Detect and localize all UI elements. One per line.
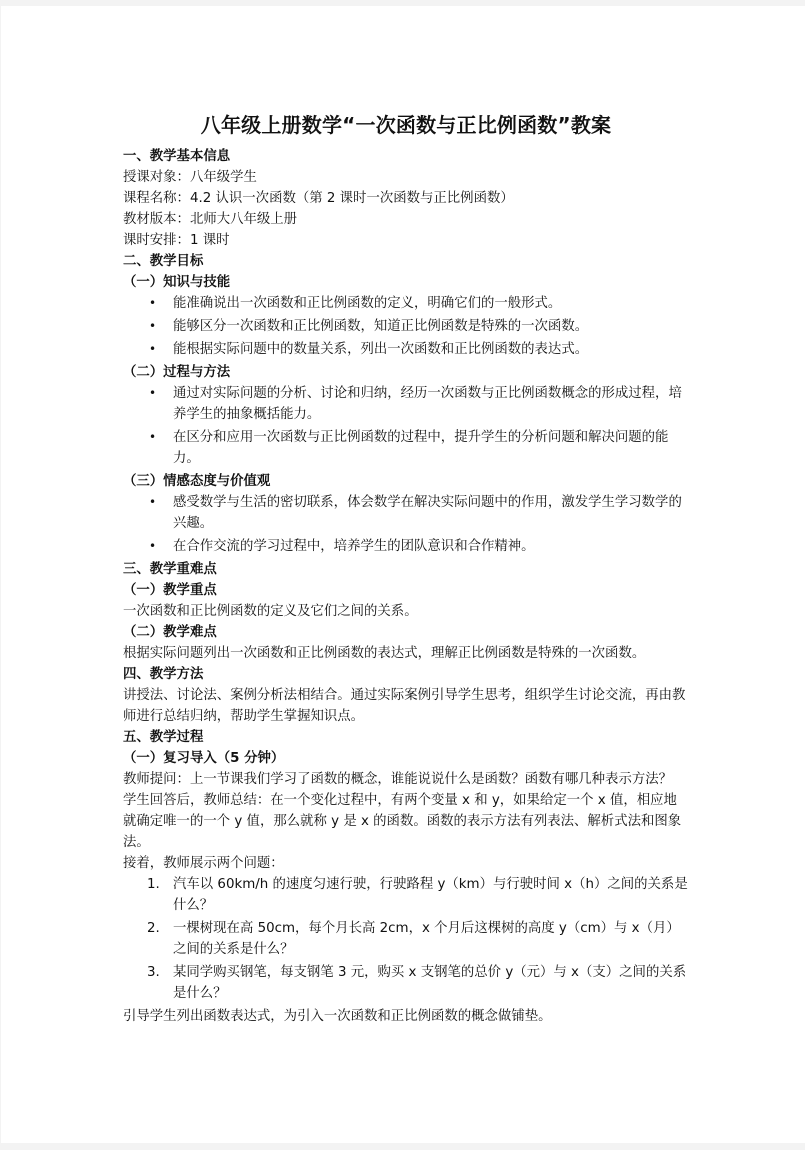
info-line-course: 课程名称：4.2 认识一次函数（第 2 课时一次函数与正比例函数） xyxy=(123,188,689,209)
list-item: •通过对实际问题的分析、讨论和归纳，经历一次函数与正比例函数概念的形成过程，培养… xyxy=(123,383,689,425)
list-number: 2. xyxy=(147,918,160,939)
focus-text: 一次函数和正比例函数的定义及它们之间的关系。 xyxy=(123,601,689,622)
bullet-icon: • xyxy=(149,383,156,404)
list-item: 2.一棵树现在高 50cm，每个月长高 2cm，x 个月后这棵树的高度 y（cm… xyxy=(123,918,689,960)
bullet-icon: • xyxy=(149,293,156,314)
list-item-text: 能准确说出一次函数和正比例函数的定义，明确它们的一般形式。 xyxy=(173,296,561,311)
document-content: 八年级上册数学“一次函数与正比例函数”教案 一、教学基本信息 授课对象：八年级学… xyxy=(123,110,689,1027)
subheading-review: （一）复习导入（5 分钟） xyxy=(123,748,689,769)
list-item: •在区分和应用一次函数与正比例函数的过程中，提升学生的分析问题和解决问题的能力。 xyxy=(123,427,689,469)
info-line-textbook: 教材版本：北师大八年级上册 xyxy=(123,209,689,230)
list-item: •能够区分一次函数和正比例函数，知道正比例函数是特殊的一次函数。 xyxy=(123,316,689,337)
document-page: 八年级上册数学“一次函数与正比例函数”教案 一、教学基本信息 授课对象：八年级学… xyxy=(1,6,805,1143)
list-item: 1.汽车以 60km/h 的速度匀速行驶，行驶路程 y（km）与行驶时间 x（h… xyxy=(123,874,689,916)
list-item: •能准确说出一次函数和正比例函数的定义，明确它们的一般形式。 xyxy=(123,293,689,314)
list-item-text: 某同学购买钢笔，每支钢笔 3 元，购买 x 支钢笔的总价 y（元）与 x（支）之… xyxy=(173,965,686,1001)
bullet-icon: • xyxy=(149,427,156,448)
section-heading-methods: 四、教学方法 xyxy=(123,664,689,685)
review-summary: 学生回答后，教师总结：在一个变化过程中，有两个变量 x 和 y，如果给定一个 x… xyxy=(123,790,689,853)
info-line-schedule: 课时安排：1 课时 xyxy=(123,230,689,251)
list-item-text: 在合作交流的学习过程中，培养学生的团队意识和合作精神。 xyxy=(173,539,535,554)
list-item: •在合作交流的学习过程中，培养学生的团队意识和合作精神。 xyxy=(123,536,689,557)
subheading-attitude: （三）情感态度与价值观 xyxy=(123,471,689,492)
list-item: •感受数学与生活的密切联系，体会数学在解决实际问题中的作用，激发学生学习数学的兴… xyxy=(123,492,689,534)
section-heading-objectives: 二、教学目标 xyxy=(123,251,689,272)
problem-list: 1.汽车以 60km/h 的速度匀速行驶，行驶路程 y（km）与行驶时间 x（h… xyxy=(123,874,689,1004)
list-item-text: 通过对实际问题的分析、讨论和归纳，经历一次函数与正比例函数概念的形成过程，培养学… xyxy=(173,386,682,422)
list-item-text: 在区分和应用一次函数与正比例函数的过程中，提升学生的分析问题和解决问题的能力。 xyxy=(173,430,668,466)
document-title: 八年级上册数学“一次函数与正比例函数”教案 xyxy=(123,110,689,140)
difficulty-text: 根据实际问题列出一次函数和正比例函数的表达式，理解正比例函数是特殊的一次函数。 xyxy=(123,643,689,664)
list-item-text: 感受数学与生活的密切联系，体会数学在解决实际问题中的作用，激发学生学习数学的兴趣… xyxy=(173,495,682,531)
bullet-icon: • xyxy=(149,339,156,360)
list-item-text: 能够区分一次函数和正比例函数，知道正比例函数是特殊的一次函数。 xyxy=(173,319,588,334)
bullet-icon: • xyxy=(149,536,156,557)
review-intro: 接着，教师展示两个问题： xyxy=(123,853,689,874)
info-line-audience: 授课对象：八年级学生 xyxy=(123,167,689,188)
list-item: •能根据实际问题中的数量关系，列出一次函数和正比例函数的表达式。 xyxy=(123,339,689,360)
attitude-list: •感受数学与生活的密切联系，体会数学在解决实际问题中的作用，激发学生学习数学的兴… xyxy=(123,492,689,557)
subheading-difficulty: （二）教学难点 xyxy=(123,622,689,643)
process-method-list: •通过对实际问题的分析、讨论和归纳，经历一次函数与正比例函数概念的形成过程，培养… xyxy=(123,383,689,469)
subheading-focus: （一）教学重点 xyxy=(123,580,689,601)
subheading-knowledge: （一）知识与技能 xyxy=(123,272,689,293)
section-heading-process: 五、教学过程 xyxy=(123,727,689,748)
list-item-text: 汽车以 60km/h 的速度匀速行驶，行驶路程 y（km）与行驶时间 x（h）之… xyxy=(173,877,688,913)
section-heading-key-points: 三、教学重难点 xyxy=(123,559,689,580)
bullet-icon: • xyxy=(149,316,156,337)
bullet-icon: • xyxy=(149,492,156,513)
list-number: 3. xyxy=(147,962,160,983)
section-heading-basic-info: 一、教学基本信息 xyxy=(123,146,689,167)
methods-text: 讲授法、讨论法、案例分析法相结合。通过实际案例引导学生思考，组织学生讨论交流，再… xyxy=(123,685,689,727)
list-item-text: 能根据实际问题中的数量关系，列出一次函数和正比例函数的表达式。 xyxy=(173,342,588,357)
list-item: 3.某同学购买钢笔，每支钢笔 3 元，购买 x 支钢笔的总价 y（元）与 x（支… xyxy=(123,962,689,1004)
list-number: 1. xyxy=(147,874,160,895)
list-item-text: 一棵树现在高 50cm，每个月长高 2cm，x 个月后这棵树的高度 y（cm）与… xyxy=(173,921,680,957)
knowledge-list: •能准确说出一次函数和正比例函数的定义，明确它们的一般形式。 •能够区分一次函数… xyxy=(123,293,689,360)
review-question: 教师提问：上一节课我们学习了函数的概念，谁能说说什么是函数？函数有哪几种表示方法… xyxy=(123,769,689,790)
subheading-process-method: （二）过程与方法 xyxy=(123,362,689,383)
review-conclusion: 引导学生列出函数表达式，为引入一次函数和正比例函数的概念做铺垫。 xyxy=(123,1006,689,1027)
